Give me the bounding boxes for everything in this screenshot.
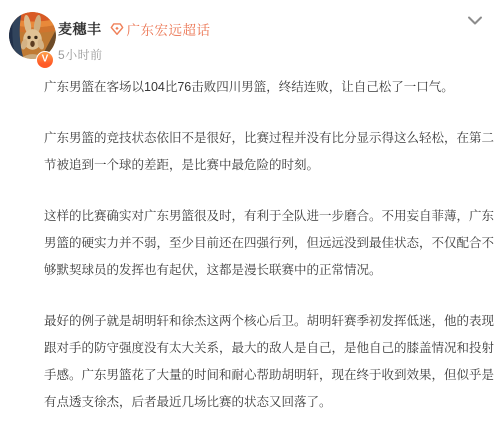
post-paragraph-4: 最好的例子就是胡明轩和徐杰这两个核心后卫。胡明轩赛季初发挥低迷，他的表现跟对手的…: [44, 308, 494, 416]
supertopic-gem-icon: [110, 22, 124, 36]
post-paragraph-1: 广东男篮在客场以104比76击败四川男篮，终结连败，让自己松了一口气。: [44, 74, 494, 101]
verified-v-icon: V: [36, 51, 54, 69]
post-paragraph-3: 这样的比赛确实对广东男篮很及时，有利于全队进一步磨合。不用妄自菲薄，广东男篮的硬…: [44, 203, 494, 284]
chevron-down-icon[interactable]: [467, 14, 483, 26]
author-row: 麦穗丰 广东宏远超话: [58, 19, 211, 39]
avatar[interactable]: V: [9, 12, 56, 59]
author-name[interactable]: 麦穗丰: [58, 19, 102, 39]
weibo-post-card: V 麦穗丰 广东宏远超话 5小时前 广东男篮在客场以104比76击败四川男篮，终…: [0, 0, 500, 440]
v-letter: V: [42, 55, 49, 65]
supertopic-link[interactable]: 广东宏远超话: [127, 19, 211, 39]
post-content: 广东男篮在客场以104比76击败四川男篮，终结连败，让自己松了一口气。 广东男篮…: [44, 74, 494, 416]
post-paragraph-2: 广东男篮的竞技状态依旧不是很好，比赛过程并没有比分显示得这么轻松，在第二节被追到…: [44, 125, 494, 179]
timestamp: 5小时前: [58, 46, 103, 63]
